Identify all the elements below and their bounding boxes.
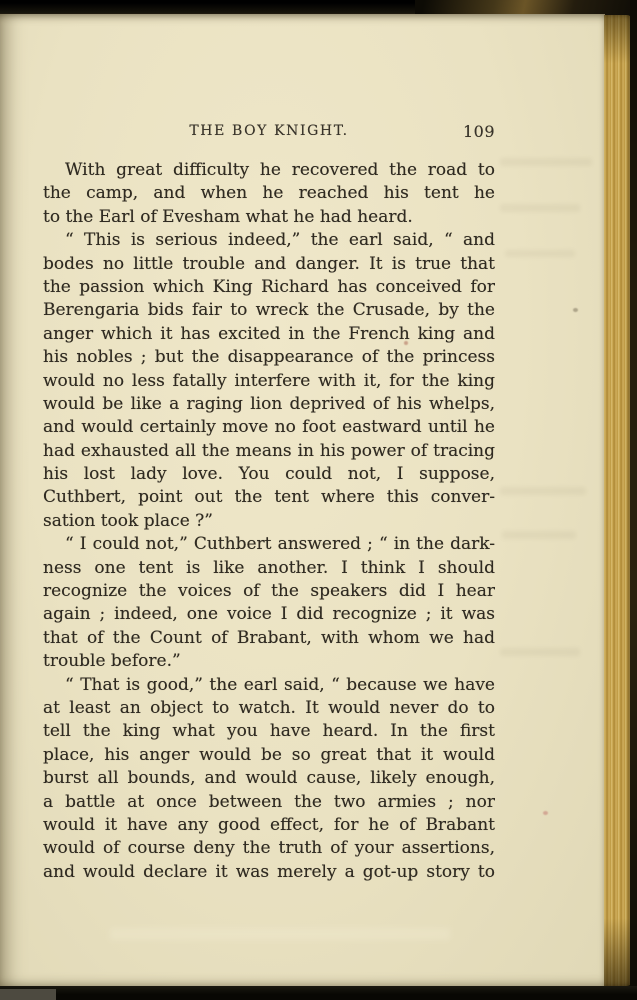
text-line: “ That is good,” the earl said, “ becaus… — [43, 674, 495, 697]
text-line: anger which it has excited in the French… — [43, 323, 495, 346]
show-through-ghost — [500, 158, 592, 166]
text-line: would be like a raging lion deprived of … — [43, 393, 495, 416]
text-line: and would certainly move no foot eastwar… — [43, 416, 495, 439]
text-line: recognize the voices of the speakers did… — [43, 580, 495, 603]
foxing-speck — [543, 811, 548, 815]
scan-bottom-border — [0, 986, 637, 1000]
text-line: place, his anger would be so great that … — [43, 744, 495, 767]
foxing-speck — [404, 341, 408, 345]
book-scan: THE BOY KNIGHT. 109 With great difficult… — [0, 0, 637, 1000]
text-line: would no less fatally interfere with it,… — [43, 370, 495, 393]
show-through-ghost — [505, 250, 575, 257]
scan-light-band — [110, 928, 450, 940]
scan-right-border — [630, 0, 637, 1000]
page-fore-edge — [604, 15, 632, 986]
text-line: and would declare it was merely a got-up… — [43, 861, 495, 884]
text-line: his lost lady love. You could not, I sup… — [43, 463, 495, 486]
text-line: trouble before.” — [43, 650, 495, 673]
text-line: would it have any good effect, for he of… — [43, 814, 495, 837]
text-line: at least an object to watch. It would ne… — [43, 697, 495, 720]
text-line: a battle at once between the two armies … — [43, 791, 495, 814]
show-through-ghost — [500, 648, 580, 656]
show-through-ghost — [500, 487, 586, 495]
text-line: “ This is serious indeed,” the earl said… — [43, 229, 495, 252]
text-block: With great difficulty he recovered the r… — [43, 159, 495, 884]
text-line: had exhausted all the means in his power… — [43, 440, 495, 463]
text-line: the passion which King Richard has conce… — [43, 276, 495, 299]
text-line: again ; indeed, one voice I did recogniz… — [43, 603, 495, 626]
text-line: “ I could not,” Cuthbert answered ; “ in… — [43, 533, 495, 556]
text-line: Cuthbert, point out the tent where this … — [43, 486, 495, 509]
text-line: tell the king what you have heard. In th… — [43, 720, 495, 743]
text-line: Berengaria bids fair to wreck the Crusad… — [43, 299, 495, 322]
page-number: 109 — [463, 122, 495, 141]
scan-bottom-left-corner — [0, 989, 56, 1000]
show-through-ghost — [502, 531, 576, 539]
running-title: THE BOY KNIGHT. — [43, 123, 495, 139]
text-line: ness one tent is like another. I think I… — [43, 557, 495, 580]
text-line: the camp, and when he reached his tent h… — [43, 182, 495, 205]
text-line: burst all bounds, and would cause, likel… — [43, 767, 495, 790]
text-line: With great difficulty he recovered the r… — [43, 159, 495, 182]
running-header: THE BOY KNIGHT. 109 — [43, 123, 495, 145]
text-line: his nobles ; but the disappearance of th… — [43, 346, 495, 369]
text-line: sation took place ?” — [43, 510, 495, 533]
text-line: would of course deny the truth of your a… — [43, 837, 495, 860]
show-through-ghost — [500, 204, 580, 212]
text-line: that of the Count of Brabant, with whom … — [43, 627, 495, 650]
text-line: bodes no little trouble and danger. It i… — [43, 253, 495, 276]
foxing-speck — [573, 308, 578, 312]
text-line: to the Earl of Evesham what he had heard… — [43, 206, 495, 229]
